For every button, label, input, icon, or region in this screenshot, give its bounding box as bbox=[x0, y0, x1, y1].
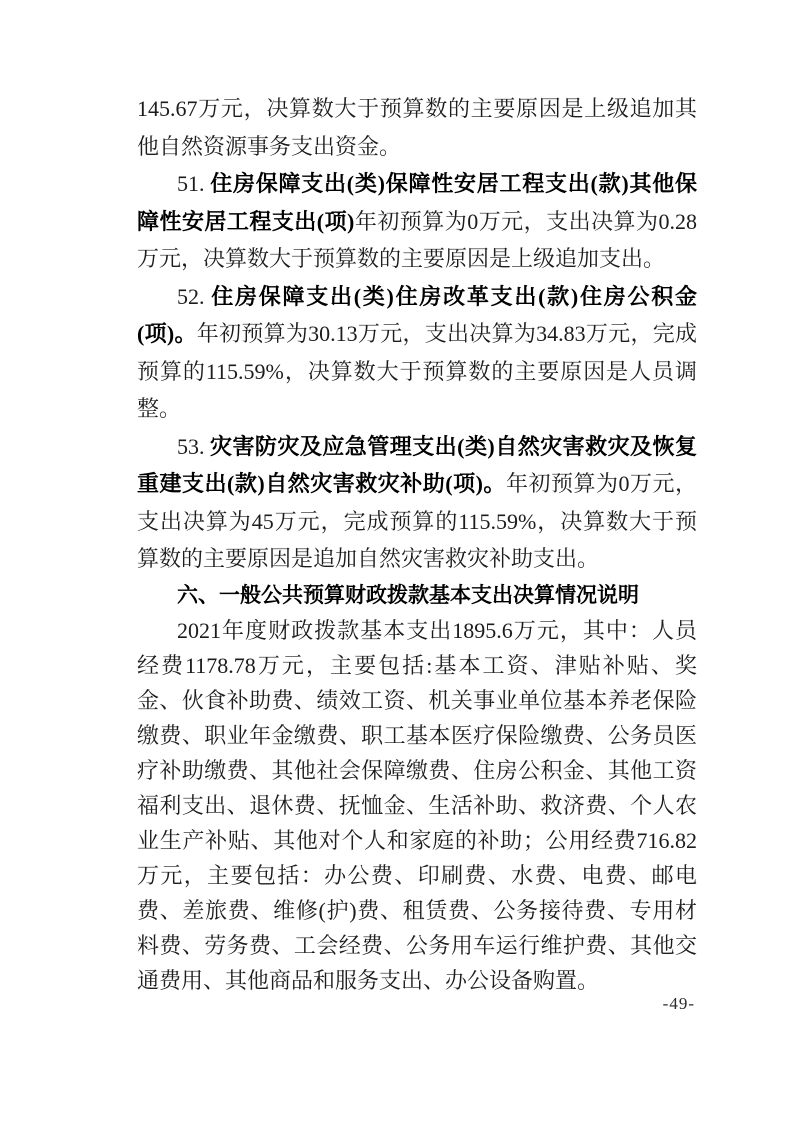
item-51-number: 51. bbox=[177, 171, 205, 196]
section-heading: 六、一般公共预算财政拨款基本支出决算情况说明 bbox=[137, 578, 697, 613]
document-page: 145.67万元，决算数大于预算数的主要原因是上级追加其他自然资源事务支出资金。… bbox=[0, 0, 793, 1122]
document-content: 145.67万元，决算数大于预算数的主要原因是上级追加其他自然资源事务支出资金。… bbox=[137, 90, 697, 998]
paragraph-basic-expense: 2021年度财政拨款基本支出1895.6万元，其中：人员经费1178.78万元，… bbox=[137, 613, 697, 998]
item-52-body: 年初预算为30.13万元，支出决算为34.83万元，完成预算的115.59%，决… bbox=[137, 321, 697, 421]
paragraph-item-51: 51.住房保障支出(类)保障性安居工程支出(款)其他保障性安居工程支出(项)年初… bbox=[137, 165, 697, 278]
item-52-number: 52. bbox=[177, 284, 205, 309]
paragraph-continuation: 145.67万元，决算数大于预算数的主要原因是上级追加其他自然资源事务支出资金。 bbox=[137, 90, 697, 165]
paragraph-item-52: 52.住房保障支出(类)住房改革支出(款)住房公积金(项)。年初预算为30.13… bbox=[137, 278, 697, 428]
page-number: -49- bbox=[663, 994, 695, 1014]
item-53-number: 53. bbox=[177, 434, 205, 459]
paragraph-item-53: 53.灾害防灾及应急管理支出(类)自然灾害救灾及恢复重建支出(款)自然灾害救灾补… bbox=[137, 428, 697, 578]
